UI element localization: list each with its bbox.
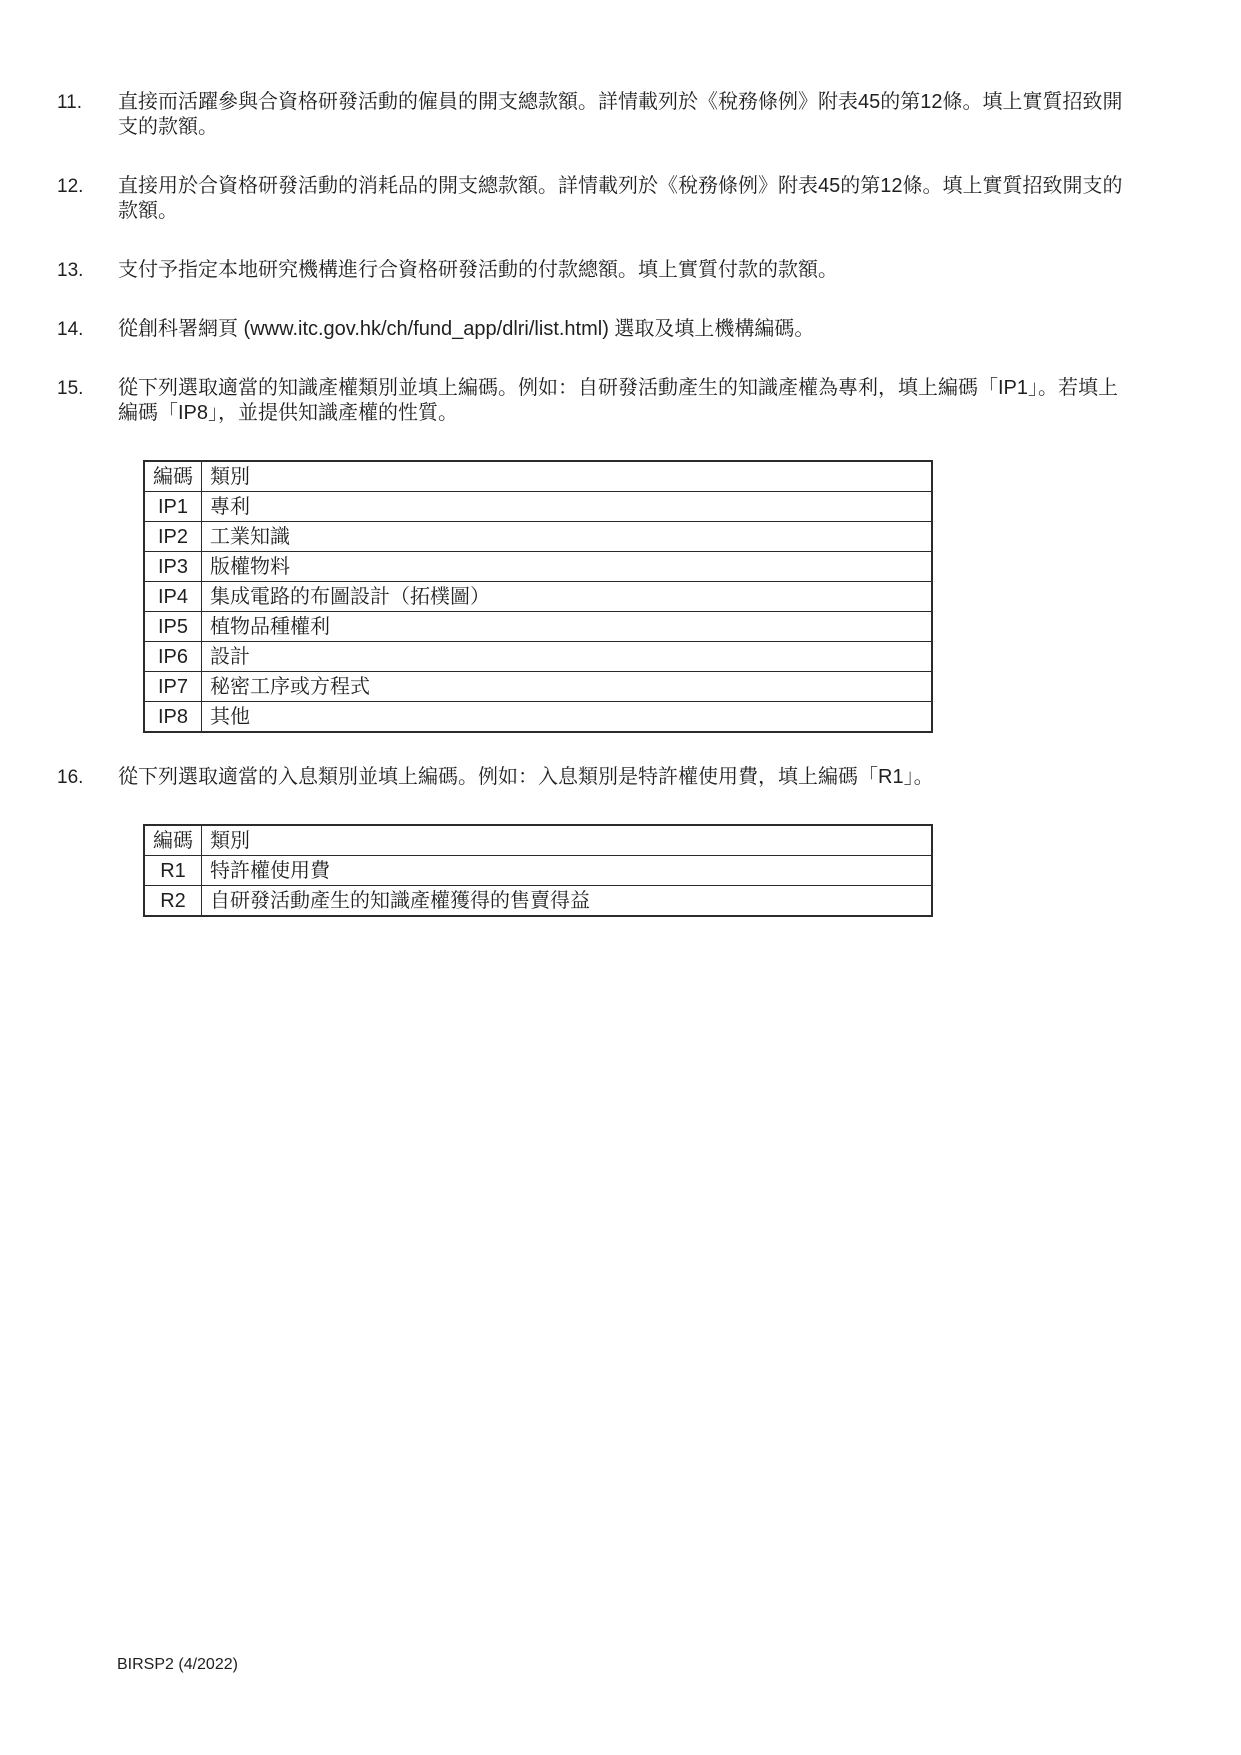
instruction-item-15: 15. 從下列選取適當的知識產權類別並填上編碼。例如：自研發活動產生的知識產權為… (57, 376, 1147, 426)
table-row: IP2工業知識 (144, 522, 932, 552)
category-cell: 專利 (202, 492, 933, 522)
code-cell: R1 (144, 856, 202, 886)
category-cell: 自研發活動產生的知識產權獲得的售賣得益 (202, 886, 933, 917)
table-row: IP8其他 (144, 702, 932, 733)
table-header-row: 編碼類別 (144, 825, 932, 856)
category-cell: 版權物料 (202, 552, 933, 582)
item-text: 支付予指定本地研究機構進行合資格研發活動的付款總額。填上實質付款的款額。 (118, 258, 1133, 283)
category-column-header: 類別 (202, 825, 933, 856)
ip-category-table: 編碼類別IP1專利IP2工業知識IP3版權物料IP4集成電路的布圖設計（拓樸圖）… (143, 460, 933, 733)
item-text: 從創科署網頁 (www.itc.gov.hk/ch/fund_app/dlri/… (118, 317, 1133, 342)
instruction-item-13: 13. 支付予指定本地研究機構進行合資格研發活動的付款總額。填上實質付款的款額。 (57, 258, 1147, 283)
category-cell: 特許權使用費 (202, 856, 933, 886)
document-page: 11. 直接而活躍參與合資格研發活動的僱員的開支總款額。詳情載列於《稅務條例》附… (0, 0, 1241, 1755)
table-row: IP5植物品種權利 (144, 612, 932, 642)
code-cell: IP6 (144, 642, 202, 672)
category-cell: 設計 (202, 642, 933, 672)
instruction-item-11: 11. 直接而活躍參與合資格研發活動的僱員的開支總款額。詳情載列於《稅務條例》附… (57, 90, 1147, 140)
item-number: 16. (57, 765, 118, 790)
category-column-header: 類別 (202, 461, 933, 492)
item-text: 直接而活躍參與合資格研發活動的僱員的開支總款額。詳情載列於《稅務條例》附表45的… (118, 90, 1133, 140)
table-row: IP6設計 (144, 642, 932, 672)
category-cell: 植物品種權利 (202, 612, 933, 642)
instructions-list: 11. 直接而活躍參與合資格研發活動的僱員的開支總款額。詳情載列於《稅務條例》附… (57, 90, 1147, 949)
code-cell: IP3 (144, 552, 202, 582)
table-row: IP1專利 (144, 492, 932, 522)
table-row: R2自研發活動產生的知識產權獲得的售賣得益 (144, 886, 932, 917)
item-text: 從下列選取適當的入息類別並填上編碼。例如：入息類別是特許權使用費，填上編碼「R1… (118, 765, 1133, 790)
category-cell: 工業知識 (202, 522, 933, 552)
item-number: 14. (57, 317, 118, 342)
category-cell: 其他 (202, 702, 933, 733)
item-number: 11. (57, 90, 118, 115)
instruction-item-12: 12. 直接用於合資格研發活動的消耗品的開支總款額。詳情載列於《稅務條例》附表4… (57, 174, 1147, 224)
table-row: IP4集成電路的布圖設計（拓樸圖） (144, 582, 932, 612)
code-column-header: 編碼 (144, 825, 202, 856)
table-header-row: 編碼類別 (144, 461, 932, 492)
ip-category-table-wrap: 編碼類別IP1專利IP2工業知識IP3版權物料IP4集成電路的布圖設計（拓樸圖）… (143, 460, 1147, 733)
code-cell: IP4 (144, 582, 202, 612)
income-category-table-wrap: 編碼類別R1特許權使用費R2自研發活動產生的知識產權獲得的售賣得益 (143, 824, 1147, 917)
code-cell: IP2 (144, 522, 202, 552)
table-row: IP7秘密工序或方程式 (144, 672, 932, 702)
item-number: 13. (57, 258, 118, 283)
form-code-footer: BIRSP2 (4/2022) (117, 1655, 238, 1675)
item-text: 從下列選取適當的知識產權類別並填上編碼。例如：自研發活動產生的知識產權為專利，填… (118, 376, 1133, 426)
income-category-table: 編碼類別R1特許權使用費R2自研發活動產生的知識產權獲得的售賣得益 (143, 824, 933, 917)
category-cell: 集成電路的布圖設計（拓樸圖） (202, 582, 933, 612)
code-cell: R2 (144, 886, 202, 917)
code-cell: IP7 (144, 672, 202, 702)
instruction-item-16: 16. 從下列選取適當的入息類別並填上編碼。例如：入息類別是特許權使用費，填上編… (57, 765, 1147, 790)
code-cell: IP8 (144, 702, 202, 733)
table-row: IP3版權物料 (144, 552, 932, 582)
code-cell: IP1 (144, 492, 202, 522)
category-cell: 秘密工序或方程式 (202, 672, 933, 702)
code-column-header: 編碼 (144, 461, 202, 492)
code-cell: IP5 (144, 612, 202, 642)
item-text: 直接用於合資格研發活動的消耗品的開支總款額。詳情載列於《稅務條例》附表45的第1… (118, 174, 1133, 224)
item-number: 15. (57, 376, 118, 401)
item-number: 12. (57, 174, 118, 199)
table-row: R1特許權使用費 (144, 856, 932, 886)
instruction-item-14: 14. 從創科署網頁 (www.itc.gov.hk/ch/fund_app/d… (57, 317, 1147, 342)
